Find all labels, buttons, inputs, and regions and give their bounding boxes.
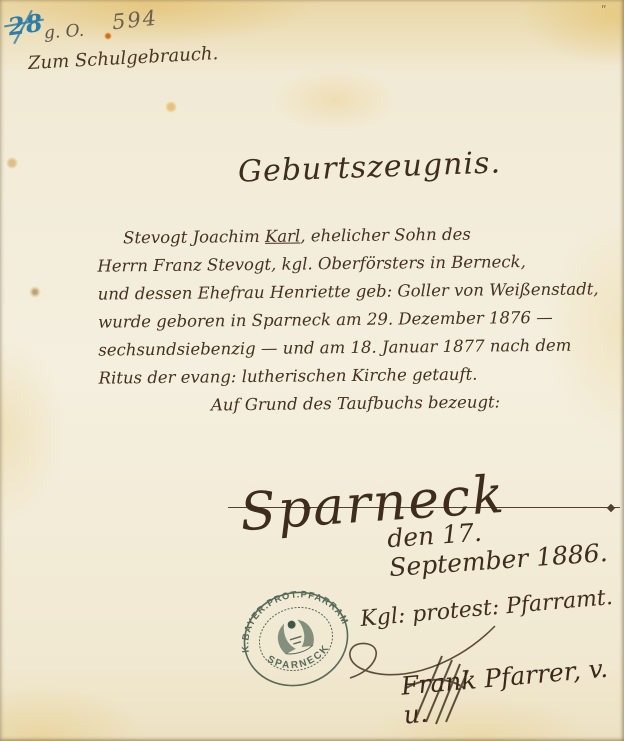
pencil-note: g. O. — [43, 21, 84, 44]
pencil-number: 594 — [111, 6, 159, 35]
purpose-note: Zum Schulgebrauch. — [28, 43, 219, 74]
corner-ink-mark: ʺ — [601, 4, 607, 18]
attestation-line: Auf Grund des Taufbuchs bezeugt: — [211, 387, 599, 419]
body-paragraph: Stevogt Joachim Karl, ehelicher Sohn des… — [97, 219, 599, 420]
body-line-5: sechsundsiebenzig — und am 18. Januar 18… — [98, 331, 598, 364]
child-name-underlined: Karl — [265, 226, 301, 245]
document-title: Geburtszeugnis. — [237, 145, 501, 189]
document-page: 28 g. O. 594 ʺ Zum Schulgebrauch. Geburt… — [0, 0, 624, 741]
